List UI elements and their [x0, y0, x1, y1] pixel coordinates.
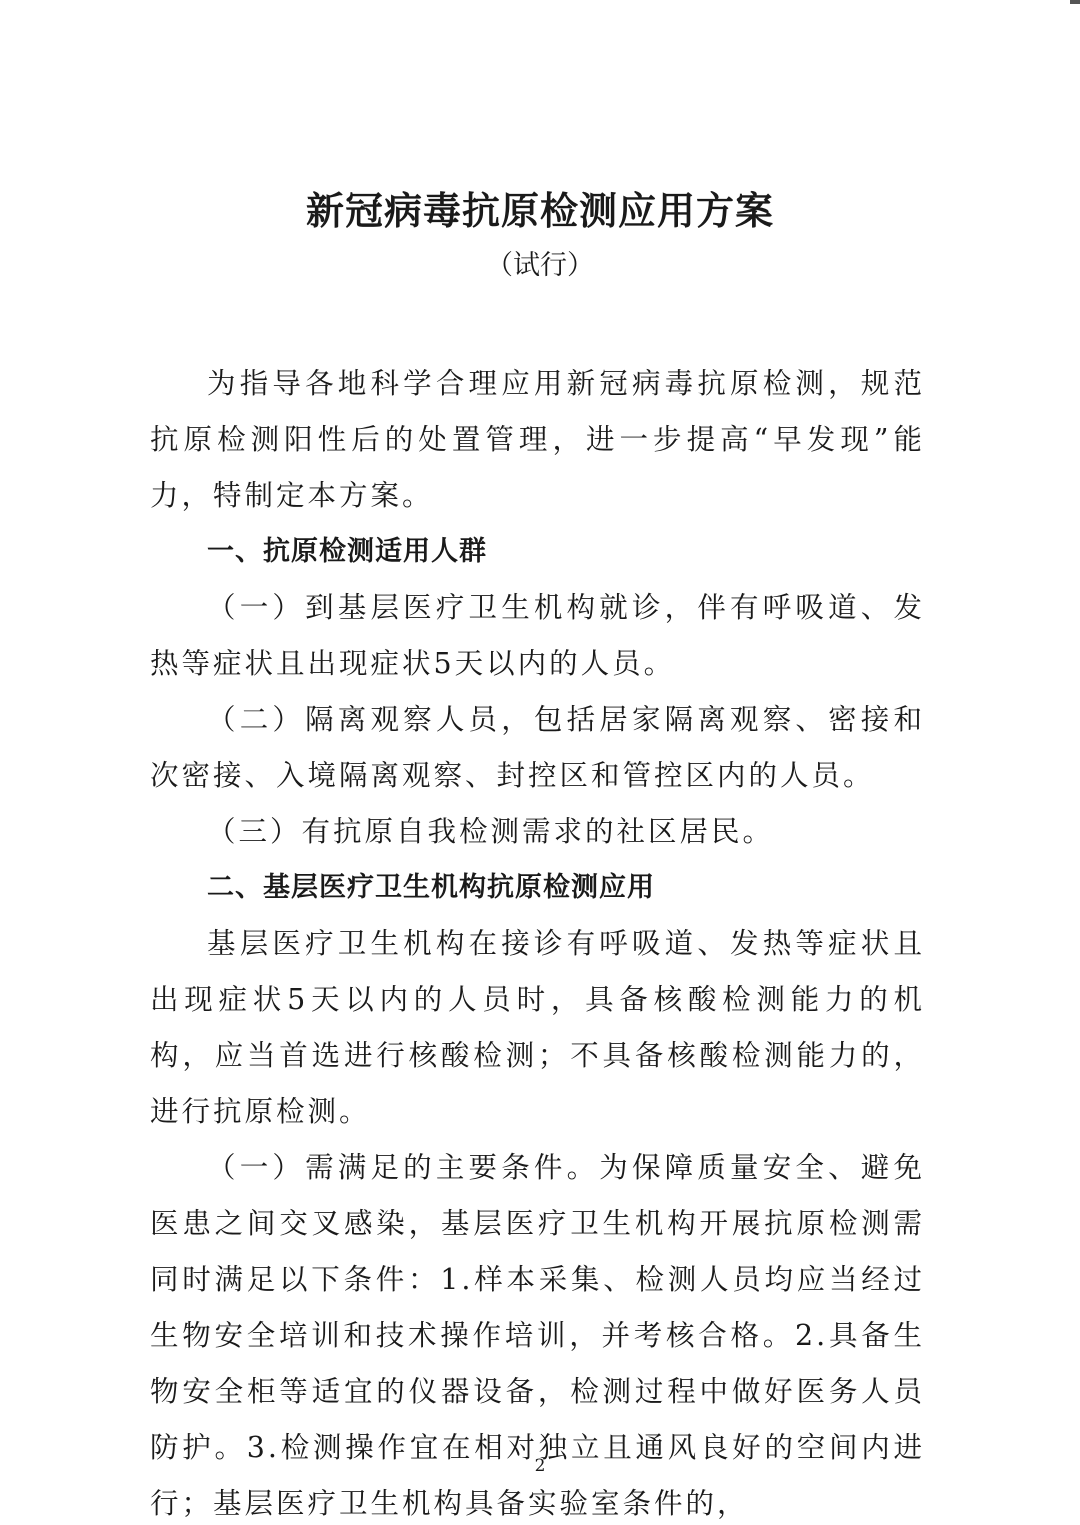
section-heading-1: 一、抗原检测适用人群: [150, 524, 925, 580]
document-body: 为指导各地科学合理应用新冠病毒抗原检测，规范抗原检测阳性后的处置管理，进一步提高…: [150, 356, 925, 1525]
document-title: 新冠病毒抗原检测应用方案: [0, 186, 1080, 236]
section-1-item-2: （二）隔离观察人员，包括居家隔离观察、密接和次密接、入境隔离观察、封控区和管控区…: [150, 692, 925, 804]
page-number: 2: [0, 1456, 1080, 1476]
document-subtitle: （试行）: [0, 244, 1080, 288]
intro-paragraph: 为指导各地科学合理应用新冠病毒抗原检测，规范抗原检测阳性后的处置管理，进一步提高…: [150, 356, 925, 524]
section-2-paragraph-1: 基层医疗卫生机构在接诊有呼吸道、发热等症状且出现症状5天以内的人员时，具备核酸检…: [150, 916, 925, 1140]
section-heading-2: 二、基层医疗卫生机构抗原检测应用: [150, 860, 925, 916]
scan-corner-mark: [1070, 0, 1080, 4]
section-1-item-3: （三）有抗原自我检测需求的社区居民。: [150, 804, 925, 860]
section-1-item-1: （一）到基层医疗卫生机构就诊，伴有呼吸道、发热等症状且出现症状5天以内的人员。: [150, 580, 925, 692]
